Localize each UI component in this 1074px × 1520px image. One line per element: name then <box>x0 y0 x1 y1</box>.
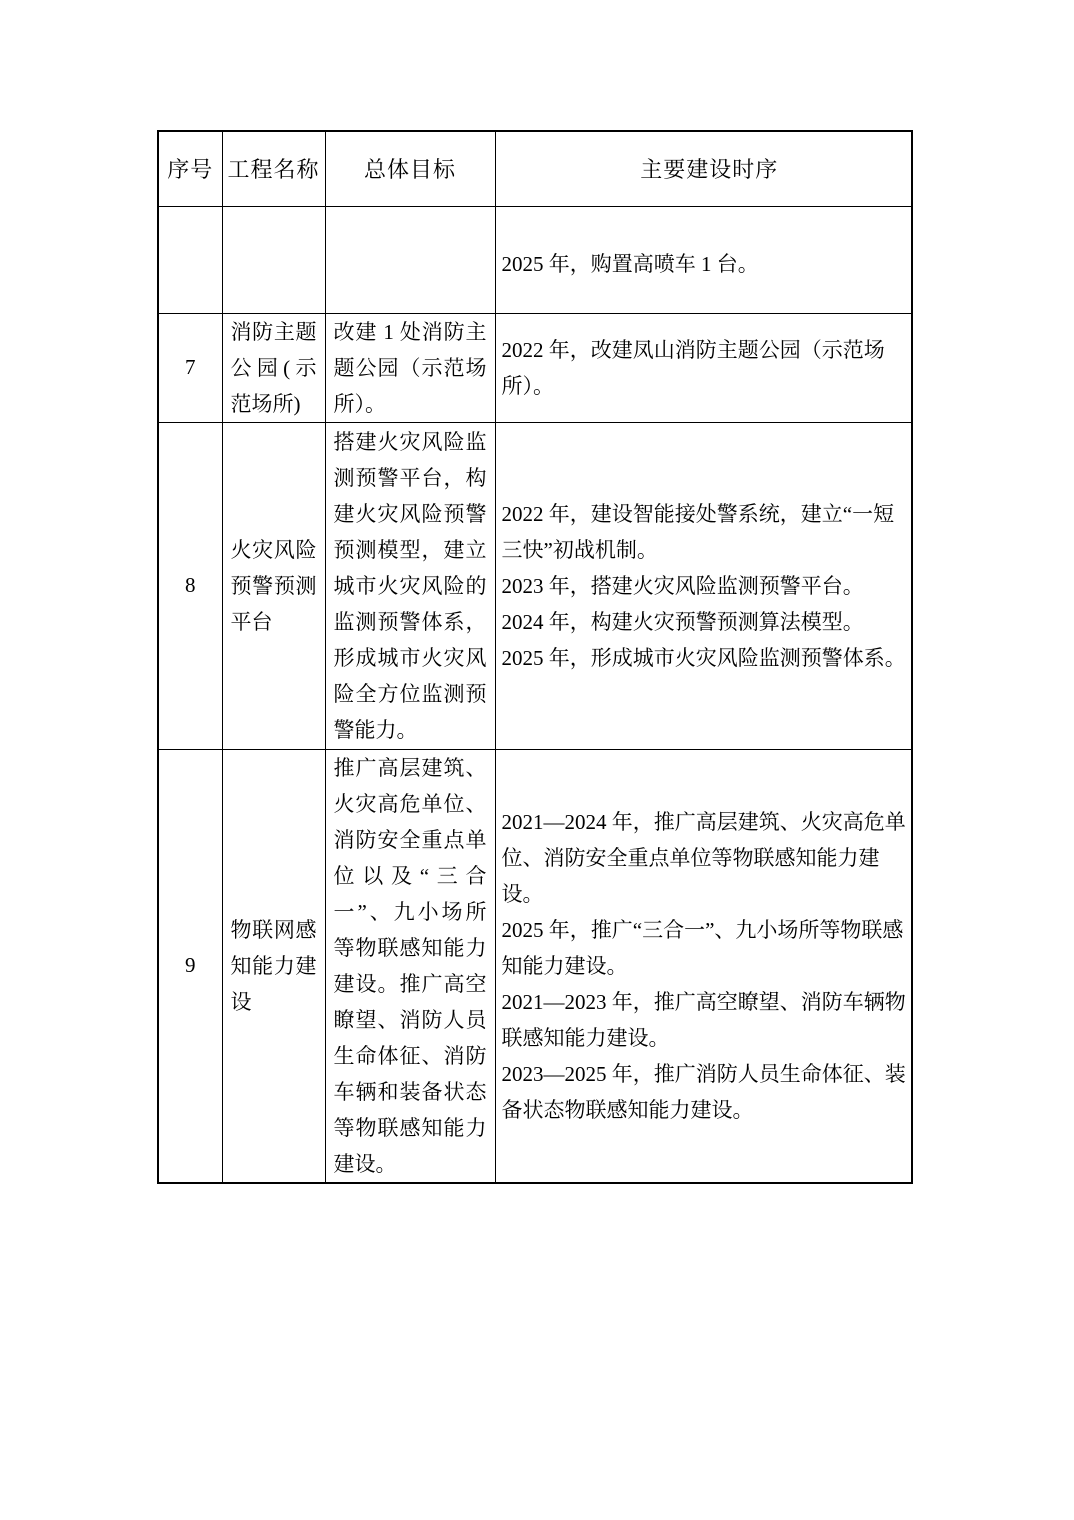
seq-cell: 7 <box>158 313 222 422</box>
timeline-cell: 2025 年，购置高喷车 1 台。 <box>495 206 912 313</box>
project-name-cell: 火灾风险预警预测平台 <box>222 422 325 749</box>
project-name-cell: 消防主题公园(示范场所) <box>222 313 325 422</box>
seq-cell: 9 <box>158 749 222 1183</box>
timeline-entry: 2021—2024 年，推广高层建筑、火灾高危单位、消防安全重点单位等物联感知能… <box>502 804 909 912</box>
timeline-entry: 2023—2025 年，推广消防人员生命体征、装备状态物联感知能力建设。 <box>502 1056 909 1128</box>
table-row-7: 7 消防主题公园(示范场所) 改建 1 处消防主题公园（示范场所）。 2022 … <box>158 313 912 422</box>
timeline-entry: 2021—2023 年，推广高空瞭望、消防车辆物联感知能力建设。 <box>502 984 909 1056</box>
timeline-entry: 2022 年，建设智能接处警系统，建立“一短三快”初战机制。 <box>502 496 909 568</box>
seq-cell <box>158 206 222 313</box>
overall-goal-cell: 搭建火灾风险监测预警平台，构建火灾风险预警预测模型，建立城市火灾风险的监测预警体… <box>325 422 495 749</box>
overall-goal-cell <box>325 206 495 313</box>
timeline-entry: 2024 年，构建火灾预警预测算法模型。 <box>502 604 909 640</box>
timeline-entry: 2025 年，购置高喷车 1 台。 <box>502 246 909 282</box>
header-construction-timeline: 主要建设时序 <box>495 131 912 206</box>
document-page: 序号 工程名称 总体目标 主要建设时序 2025 年，购置高喷车 1 台。 7 … <box>0 0 1074 1520</box>
timeline-entry: 2022 年，改建凤山消防主题公园（示范场所）。 <box>502 332 909 404</box>
header-seq: 序号 <box>158 131 222 206</box>
table-header-row: 序号 工程名称 总体目标 主要建设时序 <box>158 131 912 206</box>
timeline-entry: 2025 年，形成城市火灾风险监测预警体系。 <box>502 640 909 676</box>
timeline-cell: 2022 年，建设智能接处警系统，建立“一短三快”初战机制。 2023 年，搭建… <box>495 422 912 749</box>
timeline-cell: 2022 年，改建凤山消防主题公园（示范场所）。 <box>495 313 912 422</box>
project-name-cell <box>222 206 325 313</box>
timeline-entry: 2023 年，搭建火灾风险监测预警平台。 <box>502 568 909 604</box>
timeline-cell: 2021—2024 年，推广高层建筑、火灾高危单位、消防安全重点单位等物联感知能… <box>495 749 912 1183</box>
table-row-8: 8 火灾风险预警预测平台 搭建火灾风险监测预警平台，构建火灾风险预警预测模型，建… <box>158 422 912 749</box>
table-row-9: 9 物联网感知能力建设 推广高层建筑、火灾高危单位、消防安全重点单位以及“三合一… <box>158 749 912 1183</box>
timeline-entry: 2025 年，推广“三合一”、九小场所等物联感知能力建设。 <box>502 912 909 984</box>
header-project-name: 工程名称 <box>222 131 325 206</box>
table-row-continuation: 2025 年，购置高喷车 1 台。 <box>158 206 912 313</box>
overall-goal-cell: 推广高层建筑、火灾高危单位、消防安全重点单位以及“三合一”、九小场所等物联感知能… <box>325 749 495 1183</box>
construction-schedule-table: 序号 工程名称 总体目标 主要建设时序 2025 年，购置高喷车 1 台。 7 … <box>157 130 913 1184</box>
header-overall-goal: 总体目标 <box>325 131 495 206</box>
overall-goal-cell: 改建 1 处消防主题公园（示范场所）。 <box>325 313 495 422</box>
seq-cell: 8 <box>158 422 222 749</box>
project-name-cell: 物联网感知能力建设 <box>222 749 325 1183</box>
